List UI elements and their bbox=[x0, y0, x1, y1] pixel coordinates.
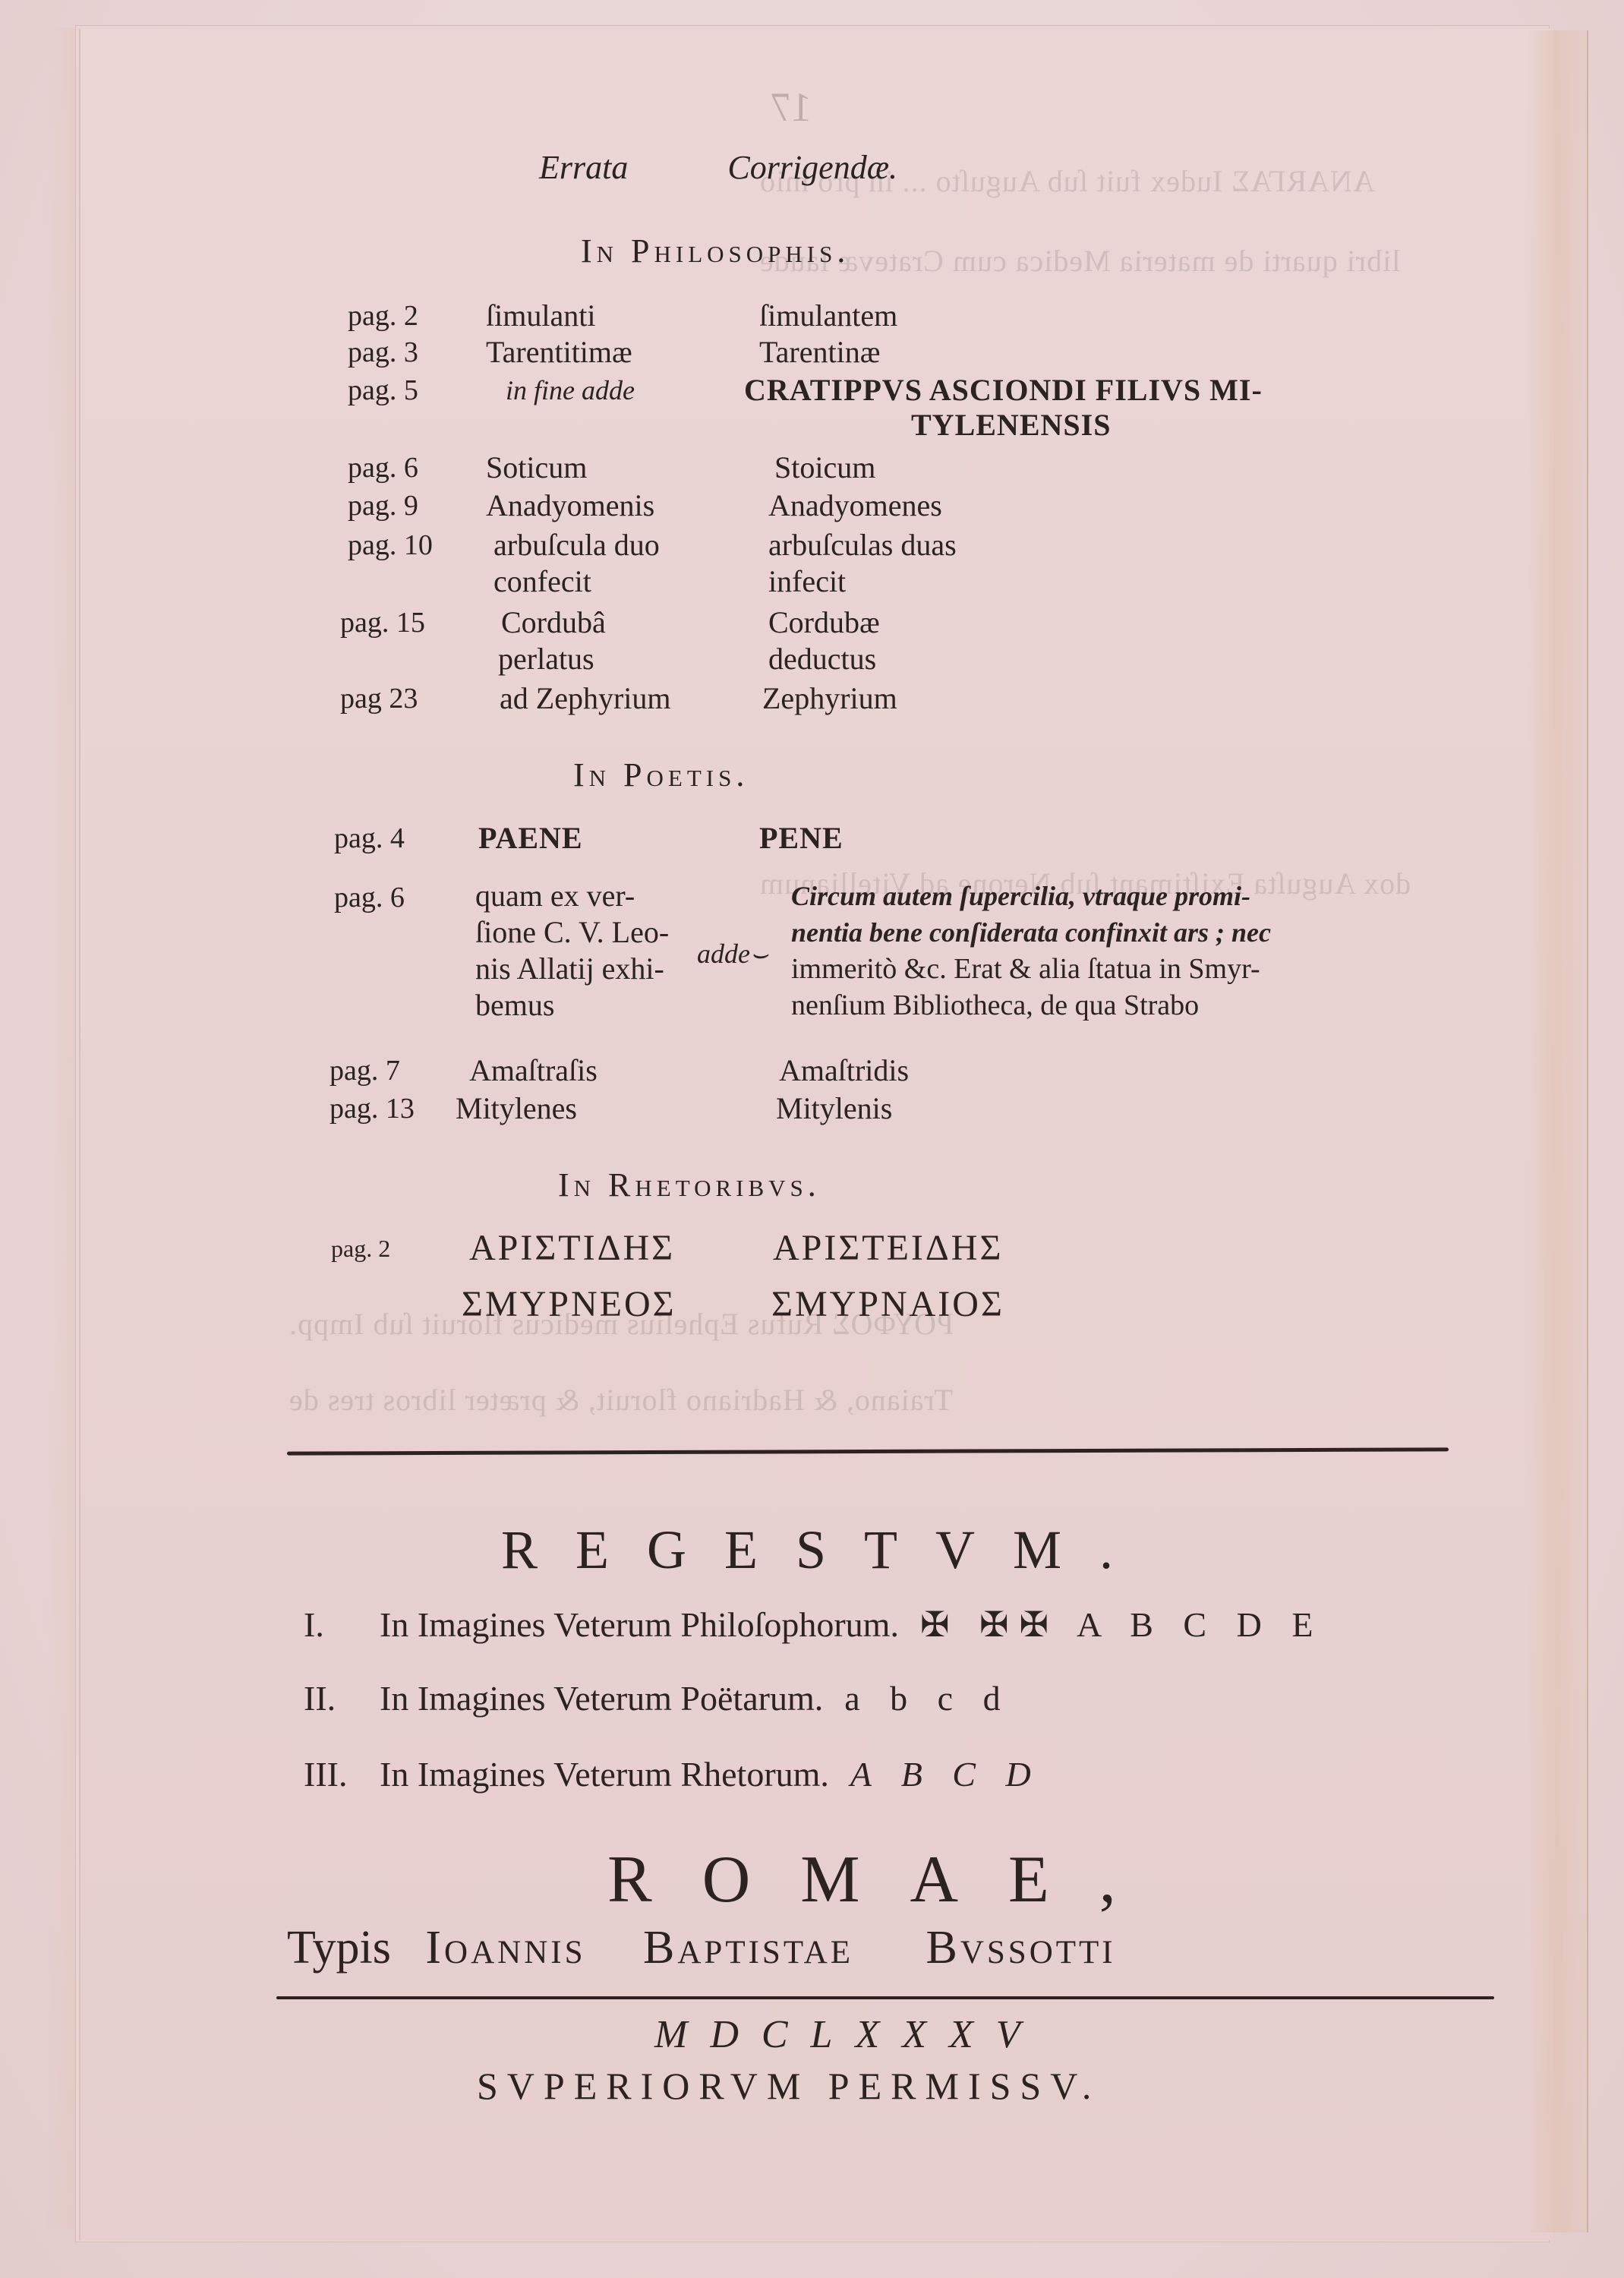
errata-label: Errata bbox=[539, 148, 628, 187]
signature-marks: ✠ ✠✠ A B C D E bbox=[920, 1605, 1323, 1644]
corrigenda-text: ΣΜΥΡΝΑΙΟΣ bbox=[771, 1286, 1004, 1323]
adde-label: adde bbox=[697, 939, 750, 969]
section-title-philosophis: In Philosophis. bbox=[581, 232, 850, 270]
corrigenda-text: ſimulantem bbox=[759, 298, 897, 334]
errata-text: ſione C. V. Leo- bbox=[475, 914, 669, 951]
errata-text: PAENE bbox=[478, 820, 583, 857]
page-ref: pag. 6 bbox=[348, 450, 418, 486]
corrigenda-text: Amaſtridis bbox=[779, 1052, 909, 1089]
corrigenda-label: Corrigendæ. bbox=[727, 148, 897, 187]
section-title-poetis: In Poetis. bbox=[573, 756, 749, 794]
errata-text: nis Allatij exhi- bbox=[475, 951, 664, 987]
corrigenda-text: Tarentinæ bbox=[759, 334, 880, 371]
regestum-line: I.In Imagines Veterum Philoſophorum.✠ ✠✠… bbox=[304, 1604, 1323, 1645]
page-ref: pag. 3 bbox=[348, 334, 418, 371]
corrigenda-text: CRATIPPVS ASCIONDI FILIVS MI- bbox=[744, 372, 1263, 409]
errata-heading: Errata Corrigendæ. bbox=[539, 148, 897, 187]
corrigenda-text: nentia bene conſiderata confinxit ars ; … bbox=[791, 914, 1271, 951]
errata-text: confecit bbox=[494, 563, 591, 600]
corrigenda-text: Anadyomenes bbox=[768, 487, 942, 524]
regestum-number: I. bbox=[304, 1604, 380, 1645]
regestum-number: III. bbox=[304, 1754, 380, 1794]
corrigenda-text: Cordubæ bbox=[768, 604, 880, 641]
typis-label: Typis bbox=[287, 1922, 391, 1974]
regestum-title: REGESTVM. bbox=[501, 1519, 1151, 1582]
corrigenda-text: arbuſculas duas bbox=[768, 527, 957, 563]
page-ref: pag. 2 bbox=[348, 298, 418, 334]
page-ref: pag. 13 bbox=[330, 1090, 415, 1127]
imprint-year: MDCLXXXV bbox=[654, 2012, 1043, 2057]
imprint-city: ROMAE, bbox=[607, 1841, 1166, 1918]
corrigenda-text: TYLENENSIS bbox=[911, 407, 1111, 443]
regestum-line: III.In Imagines Veterum Rhetorum.A B C D bbox=[304, 1754, 1042, 1794]
corrigenda-text: Stoicum bbox=[774, 450, 875, 486]
brace-icon: ⌣ bbox=[750, 939, 768, 969]
corrigenda-text: infecit bbox=[768, 563, 846, 600]
errata-text: Tarentitimæ bbox=[486, 334, 632, 371]
errata-text: bemus bbox=[475, 987, 554, 1024]
regestum-number: II. bbox=[304, 1678, 380, 1718]
regestum-line: II.In Imagines Veterum Poëtarum.a b c d bbox=[304, 1678, 1011, 1718]
page-ref: pag. 15 bbox=[340, 604, 425, 641]
page-ref: pag. 6 bbox=[334, 879, 405, 916]
errata-text: Anadyomenis bbox=[486, 487, 654, 524]
errata-text: ſimulanti bbox=[486, 298, 595, 334]
regestum-text: In Imagines Veterum Poëtarum. bbox=[380, 1679, 823, 1718]
printer-name-3: Bvssotti bbox=[926, 1922, 1115, 1974]
page-ref: pag. 7 bbox=[330, 1052, 400, 1089]
corrigenda-text: immeritò &c. Erat & alia ſtatua in Smyr- bbox=[791, 951, 1260, 987]
errata-text: Amaſtraſis bbox=[469, 1052, 598, 1089]
errata-text: perlatus bbox=[498, 641, 594, 677]
signature-marks: a b c d bbox=[844, 1679, 1011, 1718]
corrigenda-text: ΑΡΙΣΤΕΙΔΗΣ bbox=[773, 1230, 1003, 1267]
corrigenda-text: deductus bbox=[768, 641, 876, 677]
horizontal-rule bbox=[287, 1447, 1449, 1455]
errata-text: Cordubâ bbox=[501, 604, 606, 641]
regestum-text: In Imagines Veterum Philoſophorum. bbox=[380, 1605, 899, 1644]
corrigenda-text: Circum autem ſupercilia, vtraque promi- bbox=[791, 878, 1250, 914]
errata-text: ΑΡΙΣΤΙΔΗΣ bbox=[469, 1230, 675, 1267]
page-ref: pag. 10 bbox=[348, 527, 433, 563]
errata-text: Mitylenes bbox=[456, 1090, 577, 1127]
imprint-printer: Typis Ioannis Baptistae Bvssotti bbox=[287, 1921, 1116, 1975]
horizontal-rule bbox=[276, 1996, 1494, 1999]
errata-text: ad Zephyrium bbox=[500, 680, 671, 717]
errata-text: arbuſcula duo bbox=[494, 527, 660, 563]
page-ref: pag 23 bbox=[340, 680, 418, 717]
regestum-text: In Imagines Veterum Rhetorum. bbox=[380, 1755, 829, 1794]
errata-text: Soticum bbox=[486, 450, 587, 486]
corrigenda-text: nenſium Bibliotheca, de qua Strabo bbox=[791, 987, 1199, 1024]
errata-text: ΣΜΥΡΝΕΟΣ bbox=[462, 1286, 676, 1323]
corrigenda-text: Mitylenis bbox=[776, 1090, 892, 1127]
page-ref: pag. 9 bbox=[348, 487, 418, 524]
signature-marks: A B C D bbox=[850, 1755, 1042, 1794]
page-ref: pag. 5 bbox=[348, 372, 418, 409]
printer-name-1: Ioannis bbox=[425, 1922, 585, 1974]
corrigenda-text: PENE bbox=[759, 820, 844, 857]
errata-page: Errata Corrigendæ. In Philosophis. pag. … bbox=[0, 0, 1624, 2278]
errata-text: quam ex ver- bbox=[475, 878, 635, 914]
printer-name-2: Baptistae bbox=[643, 1922, 853, 1974]
errata-text: in fine adde bbox=[506, 372, 635, 409]
page-ref: pag. 2 bbox=[331, 1230, 390, 1267]
corrigenda-text: Zephyrium bbox=[762, 680, 897, 717]
imprint-permission: SVPERIORVM PERMISSV. bbox=[477, 2064, 1100, 2108]
section-title-rhetoribus: In Rhetoribvs. bbox=[558, 1166, 821, 1204]
adde-bracket-label: adde⌣ bbox=[697, 935, 768, 972]
page-ref: pag. 4 bbox=[334, 820, 405, 857]
